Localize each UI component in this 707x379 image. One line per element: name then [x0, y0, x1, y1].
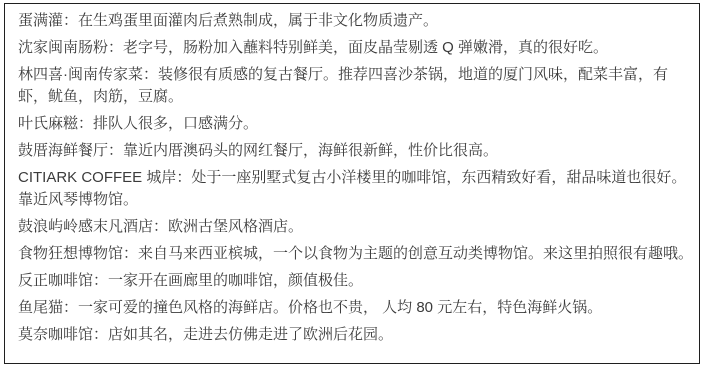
notes-panel: 蛋满灌：在生鸡蛋里面灌肉后煮熟制成，属于非文化物质遗产。 沈家闽南肠粉：老字号，…: [4, 3, 700, 364]
paragraph-yeshi-mochi: 叶氏麻糍：排队人很多，口感满分。: [18, 113, 693, 135]
document-page: 蛋满灌：在生鸡蛋里面灌肉后煮熟制成，属于非文化物质遗产。 沈家闽南肠粉：老字号，…: [0, 0, 707, 379]
paragraph-food-museum: 食物狂想博物馆：来自马来西亚槟城，一个以食物为主题的创意互动类博物馆。来这里拍照…: [18, 243, 693, 265]
paragraph-fishtail-cat: 鱼尾猫：一家可爱的撞色风格的海鲜店。价格也不贵， 人均 80 元左右，特色海鲜火…: [18, 297, 693, 319]
paragraph-rice-noodle-roll: 沈家闽南肠粉：老字号，肠粉加入蘸料特别鲜美，面皮晶莹剔透 Q 弹嫩滑，真的很好吃…: [18, 37, 693, 59]
paragraph-citiark-coffee: CITIARK COFFEE 城岸：处于一座别墅式复古小洋楼里的咖啡馆，东西精致…: [18, 167, 693, 211]
paragraph-castle-hotel: 鼓浪屿岭感末凡酒店：欧洲古堡风格酒店。: [18, 216, 693, 238]
paragraph-linsixi-restaurant: 林四喜·闽南传家菜：装修很有质感的复古餐厅。推荐四喜沙茶锅，地道的厦门风味，配菜…: [18, 64, 693, 108]
paragraph-monet-cafe: 莫奈咖啡馆：店如其名，走进去仿佛走进了欧洲后花园。: [18, 324, 693, 346]
paragraph-gallery-cafe: 反正咖啡馆：一家开在画廊里的咖啡馆，颜值极佳。: [18, 270, 693, 292]
paragraph-seafood-restaurant: 鼓厝海鲜餐厅：靠近内厝澳码头的网红餐厅，海鲜很新鲜，性价比很高。: [18, 140, 693, 162]
paragraph-egg-snack: 蛋满灌：在生鸡蛋里面灌肉后煮熟制成，属于非文化物质遗产。: [18, 10, 693, 32]
